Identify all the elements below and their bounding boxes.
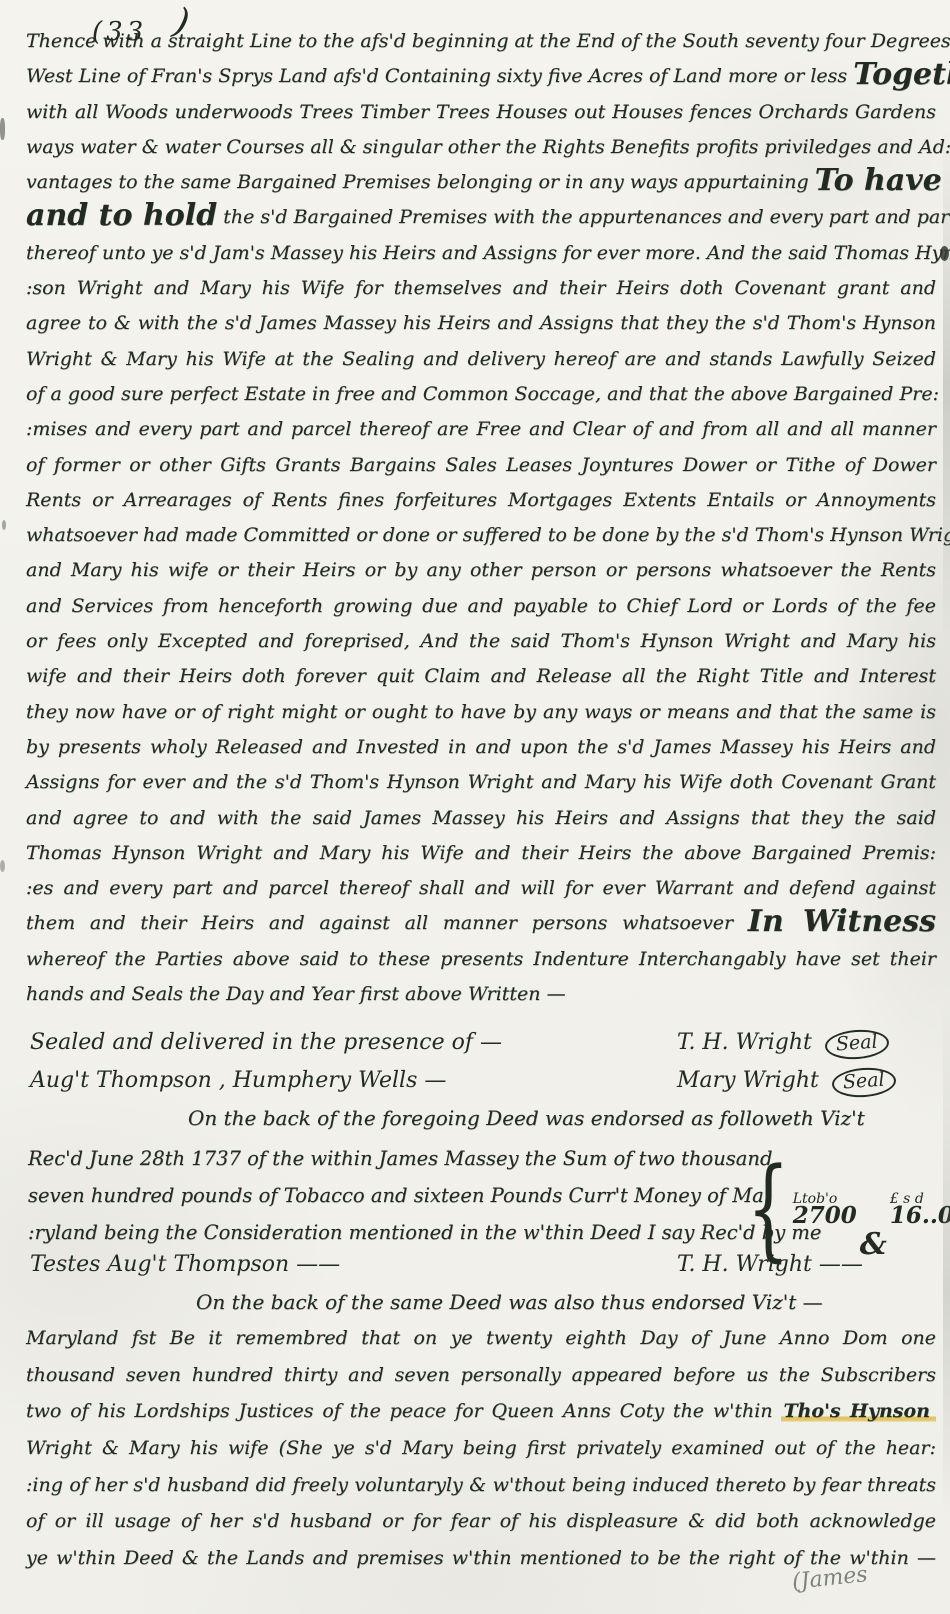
ink-smudge	[2, 520, 6, 530]
testes-left: Testes Aug't Thompson ——	[30, 1252, 340, 1277]
signature-name: Mary Wright	[677, 1068, 819, 1093]
signature-1: T. H. Wright Seal	[677, 1030, 932, 1059]
testes-signature: T. H. Wright ——	[677, 1252, 932, 1277]
manuscript-line: whereof the Parties above said to these …	[26, 942, 936, 977]
manuscript-line: or fees only Excepted and foreprised, An…	[26, 624, 936, 659]
manuscript-line: seven hundred pounds of Tobacco and sixt…	[28, 1177, 744, 1214]
receipt-body: Rec'd June 28th 1737 of the within James…	[28, 1140, 744, 1251]
witness-row-2: Aug't Thompson , Humphery Wells — Mary W…	[30, 1068, 932, 1097]
text-segment: of or ill usage of her s'd husband or fo…	[26, 1510, 936, 1532]
text-segment: whatsoever had made Committed or done or…	[26, 524, 950, 546]
manuscript-line: and Mary his wife or their Heirs or by a…	[26, 553, 936, 588]
manuscript-line: of a good sure perfect Estate in free an…	[26, 377, 936, 412]
text-segment: Rec'd June 28th 1737 of the within James…	[28, 1147, 772, 1170]
text-segment: West Line of Fran's Sprys Land afs'd Con…	[26, 65, 853, 87]
scan-edge-shading	[943, 0, 950, 1614]
text-segment: seven hundred pounds of Tobacco and sixt…	[28, 1184, 770, 1207]
text-segment: and agree to and with the said James Mas…	[26, 807, 936, 829]
display-word: In Witness	[748, 904, 936, 939]
ink-smudge	[0, 860, 5, 872]
text-segment: :es and every part and parcel thereof sh…	[26, 877, 936, 899]
signature-2: Mary Wright Seal	[677, 1068, 932, 1097]
manuscript-line: of former or other Gifts Grants Bargains…	[26, 448, 936, 483]
text-segment: ye w'thin Deed & the Lands and premises …	[26, 1547, 936, 1569]
display-word: Together	[853, 57, 950, 92]
manuscript-line: West Line of Fran's Sprys Land afs'd Con…	[26, 59, 936, 94]
text-segment: Thomas Hynson Wright and Mary his Wife a…	[26, 842, 936, 864]
manuscript-line: ways water & water Courses all & singula…	[26, 130, 936, 165]
text-segment: of former or other Gifts Grants Bargains…	[26, 454, 936, 476]
manuscript-line: Wright & Mary his Wife at the Sealing an…	[26, 342, 936, 377]
text-segment: agree to & with the s'd James Massey his…	[26, 312, 936, 334]
deed-body: Thence with a straight Line to the afs'd…	[26, 24, 936, 1012]
endorsement-1-heading: On the back of the foregoing Deed was en…	[188, 1106, 865, 1130]
acknowledgment-body: Maryland fst Be it remembred that on ye …	[26, 1320, 936, 1577]
manuscript-page: (33) Thence with a straight Line to the …	[0, 0, 950, 1614]
manuscript-line: Rec'd June 28th 1737 of the within James…	[28, 1140, 744, 1177]
text-segment: :son Wright and Mary his Wife for themse…	[26, 277, 936, 299]
manuscript-line: by presents wholy Released and Invested …	[26, 730, 936, 765]
manuscript-line: :son Wright and Mary his Wife for themse…	[26, 271, 936, 306]
text-segment: :ryland being the Consideration mentione…	[28, 1221, 821, 1244]
text-segment: and Mary his wife or their Heirs or by a…	[26, 559, 936, 581]
text-segment: them and their Heirs and against all man…	[26, 912, 748, 934]
manuscript-line: and Services from henceforth growing due…	[26, 589, 936, 624]
manuscript-line: Assigns for ever and the s'd Thom's Hyns…	[26, 765, 936, 800]
manuscript-line: :mises and every part and parcel thereof…	[26, 412, 936, 447]
text-segment: thereof unto ye s'd Jam's Massey his Hei…	[26, 242, 950, 264]
text-segment: Assigns for ever and the s'd Thom's Hyns…	[26, 771, 936, 793]
text-segment: hands and Seals the Day and Year first a…	[26, 983, 566, 1005]
manuscript-line: Wright & Mary his wife (She ye s'd Mary …	[26, 1430, 936, 1467]
text-segment: Maryland fst Be it remembred that on ye …	[26, 1327, 936, 1349]
text-segment: with all Woods underwoods Trees Timber T…	[26, 101, 936, 123]
manuscript-line: Maryland fst Be it remembred that on ye …	[26, 1320, 936, 1357]
manuscript-line: and to hold the s'd Bargained Premises w…	[26, 200, 936, 235]
ink-smudge	[0, 118, 5, 140]
display-word: To have	[815, 163, 942, 198]
witness-left-text: Sealed and delivered in the presence of …	[30, 1030, 502, 1059]
manuscript-line: agree to & with the s'd James Massey his…	[26, 306, 936, 341]
text-segment: of a good sure perfect Estate in free an…	[26, 383, 939, 405]
text-segment: :mises and every part and parcel thereof…	[26, 418, 936, 440]
text-segment: by presents wholy Released and Invested …	[26, 736, 936, 758]
manuscript-line: :ing of her s'd husband did freely volun…	[26, 1467, 936, 1504]
testes-row: Testes Aug't Thompson —— T. H. Wright ——	[30, 1252, 932, 1277]
manuscript-line: wife and their Heirs doth forever quit C…	[26, 659, 936, 694]
text-segment: wife and their Heirs doth forever quit C…	[26, 665, 936, 687]
text-segment: Wright & Mary his Wife at the Sealing an…	[26, 348, 936, 370]
text-segment: thousand seven hundred thirty and seven …	[26, 1364, 936, 1386]
manuscript-line: of or ill usage of her s'd husband or fo…	[26, 1503, 936, 1540]
witness-left-text: Aug't Thompson , Humphery Wells —	[30, 1068, 446, 1097]
manuscript-line: Rents or Arrearages of Rents fines forfe…	[26, 483, 936, 518]
manuscript-line: two of his Lordships Justices of the pea…	[26, 1393, 936, 1430]
highlighted-name: Tho's Hynson	[781, 1400, 936, 1424]
manuscript-line: thereof unto ye s'd Jam's Massey his Hei…	[26, 236, 936, 271]
manuscript-line: them and their Heirs and against all man…	[26, 906, 936, 941]
text-segment: vantages to the same Bargained Premises …	[26, 171, 815, 193]
money-amount-group: £ s d 16..0..0..	[890, 1192, 950, 1229]
manuscript-line: hands and Seals the Day and Year first a…	[26, 977, 936, 1012]
manuscript-line: Thence with a straight Line to the afs'd…	[26, 24, 936, 59]
manuscript-line: Thomas Hynson Wright and Mary his Wife a…	[26, 836, 936, 871]
text-segment: Thence with a straight Line to the afs'd…	[26, 30, 950, 52]
text-segment: the s'd Bargained Premises with the appu…	[217, 206, 950, 228]
witness-row-1: Sealed and delivered in the presence of …	[30, 1030, 932, 1059]
text-segment: Wright & Mary his wife (She ye s'd Mary …	[26, 1437, 936, 1459]
manuscript-line: :es and every part and parcel thereof sh…	[26, 871, 936, 906]
curly-brace-icon: {	[747, 1155, 790, 1265]
seal-badge: Seal	[831, 1066, 897, 1099]
money-amount: 16..0..0..	[890, 1204, 950, 1228]
text-segment: two of his Lordships Justices of the pea…	[26, 1400, 781, 1422]
text-segment: ways water & water Courses all & singula…	[26, 136, 950, 158]
text-segment: and Services from henceforth growing due…	[26, 595, 936, 617]
text-segment: :ing of her s'd husband did freely volun…	[26, 1474, 936, 1496]
seal-badge: Seal	[824, 1028, 890, 1061]
manuscript-line: thousand seven hundred thirty and seven …	[26, 1357, 936, 1394]
manuscript-line: they now have or of right might or ought…	[26, 695, 936, 730]
display-word: and to hold	[26, 198, 217, 233]
manuscript-line: vantages to the same Bargained Premises …	[26, 165, 936, 200]
text-segment: they now have or of right might or ought…	[26, 701, 936, 723]
tobacco-amount: 2700	[793, 1204, 857, 1228]
manuscript-line: :ryland being the Consideration mentione…	[28, 1214, 744, 1251]
text-segment: or fees only Excepted and foreprised, An…	[26, 630, 936, 652]
manuscript-line: whatsoever had made Committed or done or…	[26, 518, 936, 553]
endorsement-2-heading: On the back of the same Deed was also th…	[196, 1290, 823, 1314]
manuscript-line: with all Woods underwoods Trees Timber T…	[26, 95, 936, 130]
text-segment: Rents or Arrearages of Rents fines forfe…	[26, 489, 936, 511]
text-segment: whereof the Parties above said to these …	[26, 948, 936, 970]
signature-name: T. H. Wright	[677, 1030, 812, 1055]
manuscript-line: and agree to and with the said James Mas…	[26, 801, 936, 836]
tobacco-amount-group: Ltob'o 2700	[793, 1192, 857, 1229]
